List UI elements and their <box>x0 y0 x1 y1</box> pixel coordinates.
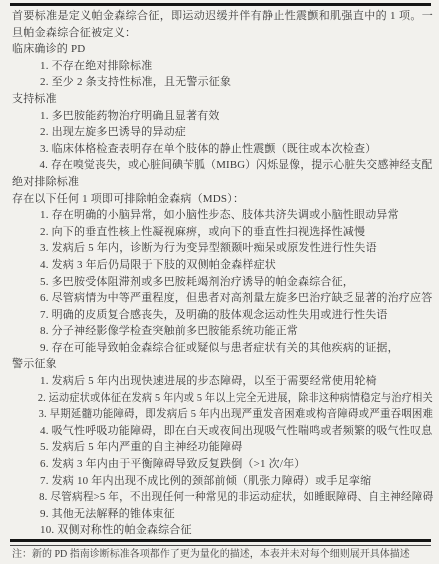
criteria-item: 2. 向下的垂直性核上性凝视麻痹，或向下的垂直性扫视选择性减慢 <box>12 224 433 241</box>
table-bottom-rule-thin <box>10 545 431 546</box>
table-body: 首要标准是定义帕金森综合征，即运动迟缓并伴有静止性震颤和肌强直中的 1 项。一旦… <box>12 8 433 539</box>
criteria-item: 3. 临床体格检查表明存在单个肢体的静止性震颤（既往或本次检查） <box>12 141 433 158</box>
criteria-item: 9. 存在可能导致帕金森综合征或疑似与患者症状有关的其他疾病的证据， <box>12 340 433 357</box>
section-header-absolute-exclusion: 绝对排除标准 <box>12 174 433 191</box>
criteria-item: 1. 不存在绝对排除标准 <box>12 58 433 75</box>
section-intro-absolute-exclusion: 存在以下任何 1 项即可排除帕金森病（MDS）： <box>12 191 433 208</box>
criteria-item: 4. 发病 3 年后仍局限于下肢的双侧帕金森样症状 <box>12 257 433 274</box>
criteria-item: 9. 其他无法解释的锥体束征 <box>12 506 433 523</box>
criteria-item: 2. 出现左旋多巴诱导的异动症 <box>12 124 433 141</box>
criteria-item: 1. 发病后 5 年内出现快速进展的步态障碍，以至于需要经常使用轮椅 <box>12 373 433 390</box>
criteria-item: 1. 存在明确的小脑异常，如小脑性步态、肢体共济失调或小脑性眼动异常 <box>12 207 433 224</box>
criteria-item: 5. 多巴胺受体阻滞剂或多巴胺耗竭剂治疗诱导的帕金森综合征， <box>12 274 433 291</box>
criteria-item: 3. 发病后 5 年内，诊断为行为变异型额颞叶痴呆或原发性进行性失语 <box>12 240 433 257</box>
primary-criteria-paragraph: 首要标准是定义帕金森综合征，即运动迟缓并伴有静止性震颤和肌强直中的 1 项。一旦… <box>12 8 433 41</box>
criteria-item: 3. 早期延髓功能障碍，即发病后 5 年内出现严重发音困难或构音障碍或严重吞咽困… <box>12 406 412 423</box>
document-page: 首要标准是定义帕金森综合征，即运动迟缓并伴有静止性震颤和肌强直中的 1 项。一旦… <box>0 0 439 564</box>
criteria-item: 8. 分子神经影像学检查突触前多巴胺能系统功能正常 <box>12 323 433 340</box>
table-top-rule <box>10 3 431 6</box>
criteria-item: 7. 发病 10 年内出现不成比例的颈部前倾（肌张力障碍）或手足挛缩 <box>12 473 433 490</box>
criteria-item: 7. 明确的皮质复合感丧失，及明确的肢体观念运动性失用或进行性失语 <box>12 307 433 324</box>
criteria-item: 4. 存在嗅觉丧失，或心脏间碘苄胍（MIBG）闪烁显像，提示心脏失交感神经支配 <box>12 157 426 174</box>
section-header-red-flags: 警示征象 <box>12 356 433 373</box>
criteria-item: 4. 吸气性呼吸功能障碍，即在白天或夜间出现吸气性喘鸣或者频繁的吸气性叹息 <box>12 423 433 440</box>
criteria-item: 2. 至少 2 条支持性标准，且无警示征象 <box>12 74 433 91</box>
criteria-item: 5. 发病后 5 年内严重的自主神经功能障碍 <box>12 439 433 456</box>
criteria-item: 10. 双侧对称性的帕金森综合征 <box>12 522 433 539</box>
footnote: 注：新的 PD 指南诊断标准各项都作了更为量化的描述，本表并未对每个细则展开具体… <box>12 548 433 562</box>
criteria-item: 6. 尽管病情为中等严重程度，但患者对高剂量左旋多巴治疗缺乏显著的治疗应答 <box>12 290 433 307</box>
section-header-supportive: 支持标准 <box>12 91 433 108</box>
criteria-item: 2. 运动症状或体征在发病 5 年内或 5 年以上完全无进展，除非这种病情稳定与… <box>12 390 402 407</box>
criteria-item: 6. 发病 3 年内由于平衡障碍导致反复跌倒（>1 次/年） <box>12 456 433 473</box>
section-header-clinical-pd: 临床确诊的 PD <box>12 41 433 58</box>
criteria-item: 8. 尽管病程>5 年，不出现任何一种常见的非运动症状，如睡眠障碍、自主神经障碍 <box>12 489 419 506</box>
criteria-item: 1. 多巴胺能药物治疗明确且显著有效 <box>12 108 433 125</box>
table-bottom-rule-thick <box>10 539 431 542</box>
